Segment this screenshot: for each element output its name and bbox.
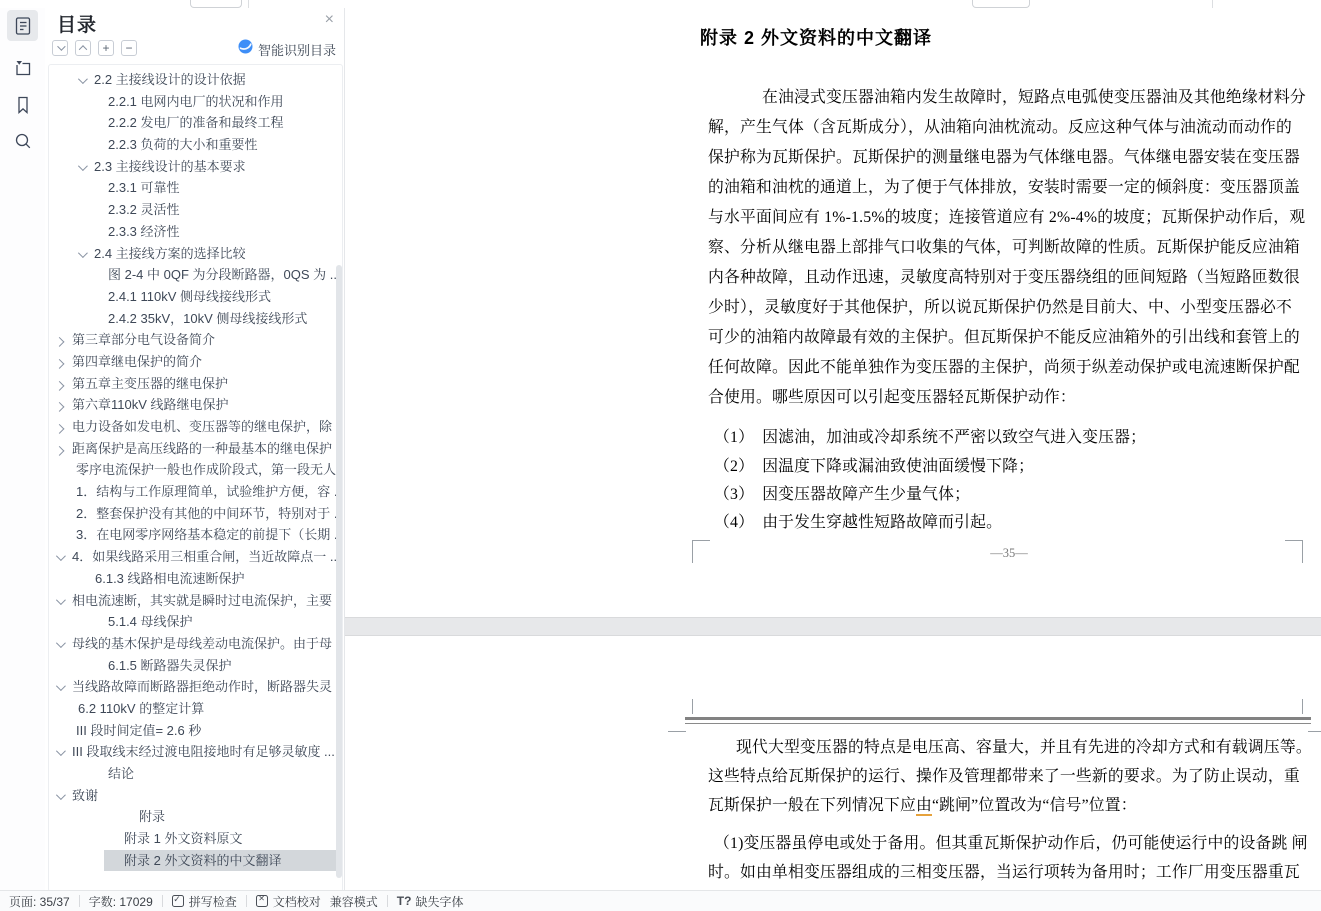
page-separator [345, 617, 1321, 636]
toc-item-label: 第五章主变压器的继电保护 [72, 376, 228, 391]
chevron-down-icon[interactable] [56, 746, 66, 756]
toc-item-label: 2.2.2 发电厂的准备和最终工程 [108, 115, 284, 130]
proofread-marked-text: 由 [916, 797, 932, 816]
doc-line: 瓦斯保护一般在下列情况下应由“跳闸”位置改为“信号”位置： [708, 792, 1314, 815]
toc-item-label: 电力设备如发电机、变压器等的继电保护，除 ... [72, 419, 342, 434]
toc-item[interactable]: 相电流速断，其实就是瞬时过电流保护，主要 ... [49, 590, 342, 612]
statusbar-divider [246, 895, 247, 907]
minus-icon: − [125, 42, 132, 54]
doc-line: 可少的油箱内故障最有效的主保护。但瓦斯保护不能反应油箱外的引出线和套管上的 [708, 324, 1314, 347]
toc-item[interactable]: 母线的基木保护是母线差动电流保护。由于母 ... [49, 633, 342, 655]
doc-line: （3） 因变压器故障产生少量气体； [708, 481, 1320, 504]
toc-item[interactable]: 2.2.1 电网内电厂的状况和作用 [49, 91, 342, 113]
text-boundary-mark [668, 731, 686, 732]
tab-separator [1212, 0, 1213, 8]
toc-item[interactable]: 5.1.4 母线保护 [49, 611, 342, 633]
doc-line: （1)变压器虽停电或处于备用。但其重瓦斯保护动作后，仍可能使运行中的设备跳 闸 [708, 830, 1320, 853]
statusbar-info[interactable]: 兼容模式 [330, 893, 378, 910]
doc-heading: 附录 2 外文资料的中文翻译 [700, 24, 932, 50]
doc-line: 在油浸式变压器油箱内发生故障时，短路点电弧使变压器油及其他绝缘材料分 [708, 84, 1321, 107]
toc-item[interactable]: 2.3.2 灵活性 [49, 199, 342, 221]
statusbar-label: 拼写检查 [189, 893, 237, 910]
text-boundary-mark [692, 699, 693, 714]
expand-all-button[interactable]: + [98, 40, 114, 56]
toc-item-label: 4．如果线路采用三相重合闸，当近故障点一 ... [72, 549, 341, 564]
toc-item-label: 2.3.3 经济性 [108, 224, 180, 239]
statusbar-label: 缺失字体 [415, 893, 463, 910]
toc-toolbar: + − 智能识别目录 [45, 40, 344, 58]
statusbar-info[interactable]: 页面: 35/37 [9, 893, 70, 910]
smart-toc-label: 智能识别目录 [258, 40, 336, 59]
pdf-reader-window: 目录 × + − 智能识别目录 2.2 主接线设计的设计依据2.2.1 电网内电… [0, 0, 1321, 911]
toc-item-label: 当线路故障而断路器拒绝动作时，断路器失灵 ... [72, 679, 342, 694]
doc-line: 的油箱和油枕的通道上，为了便于气体排放，安装时需要一定的倾斜度：变压器顶盖 [708, 174, 1314, 197]
window-top-strip [0, 0, 1321, 8]
toc-item-label: 第三章部分电气设备简介 [72, 332, 215, 347]
chevron-right-icon[interactable] [55, 424, 65, 434]
chevron-up-icon [79, 45, 87, 53]
toc-item-label: 附录 [139, 809, 165, 824]
toc-item[interactable]: 2.3 主接线设计的基本要求 [49, 156, 342, 178]
annotation-panel-button[interactable] [7, 52, 38, 83]
statusbar-label: 字数: 17029 [89, 893, 153, 910]
doc-line: 内各种故障，且动作迅速，灵敏度高特别对于变压器绕组的匝间短路（当短路匝数很 [708, 264, 1314, 287]
toc-item[interactable]: 2．整套保护没有其他的中间环节，特别对于 ... [49, 503, 342, 525]
spellcheck-icon [172, 895, 184, 907]
left-toolbar [0, 8, 45, 890]
statusbar-label: 文档校对 [273, 893, 321, 910]
toc-item[interactable]: 2.4.2 35kV，10kV 侧母线接线形式 [49, 308, 342, 330]
toc-item[interactable]: 零序电流保护一般也作成阶段式，第一段无人 ... [49, 459, 342, 481]
doc-text: 瓦斯保护一般在下列情况下应 [708, 797, 916, 814]
toc-tree: 2.2 主接线设计的设计依据2.2.1 电网内电厂的状况和作用2.2.2 发电厂… [48, 64, 343, 892]
doc-line: （1） 因滤油，加油或冷却系统不严密以致空气进入变压器； [708, 424, 1320, 447]
toc-item-label: 致谢 [72, 788, 98, 803]
outline-panel-button[interactable] [7, 10, 38, 41]
text-boundary-mark [1302, 699, 1303, 714]
statusbar-spellcheck[interactable]: 拼写检查 [172, 893, 237, 910]
doc-line: 现代大型变压器的特点是电压高、容量大，并且有先进的冷却方式和有载调压等。 [708, 734, 1321, 757]
toc-item-label: III 段取线末经过渡电阻接地时有足够灵敏度 ... [72, 744, 335, 759]
bookmark-panel-button[interactable] [7, 89, 38, 120]
missing-font-icon: T? [397, 894, 412, 908]
chevron-right-icon[interactable] [55, 446, 65, 456]
toc-item-label: 2.4.1 110kV 侧母线接线形式 [108, 289, 271, 304]
doc-line: 合使用。哪些原因可以引起变压器轻瓦斯保护动作： [708, 384, 1314, 407]
toc-item[interactable]: 第三章部分电气设备简介 [49, 329, 342, 351]
toc-item-label: 2.2.1 电网内电厂的状况和作用 [108, 94, 284, 109]
statusbar-divider [387, 895, 388, 907]
toc-item[interactable]: 3．在电网零序网络基本稳定的前提下（长期 ... [49, 524, 342, 546]
toc-item-label: 相电流速断，其实就是瞬时过电流保护，主要 ... [72, 593, 342, 608]
doc-line: 少时），灵敏度好于其他保护，所以说瓦斯保护仍然是目前大、中、小型变压器必不 [708, 294, 1314, 317]
doc-line: （2） 因温度下降或漏油致使油面缓慢下降； [708, 453, 1320, 476]
toc-item-label: 2.4.2 35kV，10kV 侧母线接线形式 [108, 311, 307, 326]
toc-item[interactable]: 当线路故障而断路器拒绝动作时，断路器失灵 ... [49, 676, 342, 698]
statusbar-label: 兼容模式 [330, 893, 378, 910]
doc-line: 察、分析从继电器上部排气口收集的气体，可判断故障的性质。瓦斯保护能反应油箱 [708, 234, 1314, 257]
outline-icon [13, 16, 33, 36]
toc-item-label: 2.2 主接线设计的设计依据 [94, 72, 246, 87]
toc-item[interactable]: III 段时间定值= 2.6 秒 [49, 720, 342, 742]
toc-item-label: 5.1.4 母线保护 [108, 614, 193, 629]
search-panel-button[interactable] [7, 125, 38, 156]
chevron-right-icon[interactable] [55, 381, 65, 391]
toc-item[interactable]: 第四章继电保护的简介 [49, 351, 342, 373]
toc-item-label: 6.1.3 线路相电流速断保护 [95, 571, 245, 586]
header-rule [685, 717, 1311, 724]
toc-item[interactable]: 6.1.5 断路器失灵保护 [49, 655, 342, 677]
toc-item-label: 3．在电网零序网络基本稳定的前提下（长期 ... [76, 527, 342, 542]
tab-separator [248, 0, 249, 8]
statusbar-divider [79, 895, 80, 907]
collapse-all-button[interactable]: − [121, 40, 137, 56]
toc-item-label: 附录 1 外文资料原文 [124, 831, 242, 846]
toc-item[interactable]: 2.3.1 可靠性 [49, 177, 342, 199]
toc-item-label: 6.2 110kV 的整定计算 [78, 701, 204, 716]
toc-item[interactable]: 第六章110kV 线路继电保护 [49, 394, 342, 416]
tab-edge [190, 0, 242, 8]
toc-item[interactable]: 2.2.3 负荷的大小和重要性 [49, 134, 342, 156]
chevron-right-icon[interactable] [55, 337, 65, 347]
toc-item-label: 2.3 主接线设计的基本要求 [94, 159, 246, 174]
doc-text: “跳闸”位置改为“信号”位置： [932, 797, 1137, 814]
toc-scrollbar-thumb[interactable] [336, 265, 342, 878]
statusbar-missing-font[interactable]: T?缺失字体 [397, 893, 464, 910]
toc-item[interactable]: 致谢 [49, 785, 342, 807]
toc-item[interactable]: 结论 [49, 763, 342, 785]
toc-item-label: 结论 [108, 766, 134, 781]
chevron-down-icon [57, 42, 65, 50]
toc-item-label: 2.3.2 灵活性 [108, 202, 180, 217]
bookmark-icon [13, 95, 33, 115]
toc-item-label: 母线的基木保护是母线差动电流保护。由于母 ... [72, 636, 342, 651]
page-number: —35— [708, 546, 1310, 561]
toc-item[interactable]: 图 2-4 中 0QF 为分段断路器，0QS 为 ... [49, 264, 342, 286]
toc-item-label: 2.4 主接线方案的选择比较 [94, 246, 246, 261]
chevron-down-icon[interactable] [78, 248, 88, 258]
toc-item[interactable]: 6.1.3 线路相电流速断保护 [49, 568, 342, 590]
toc-item[interactable]: 附录 1 外文资料原文 [49, 828, 342, 850]
toc-item[interactable]: 附录 [49, 806, 342, 828]
toc-item-label: 2．整套保护没有其他的中间环节，特别对于 ... [76, 506, 342, 521]
status-bar: 页面: 35/37字数: 17029拼写检查文档校对兼容模式T?缺失字体 [0, 890, 1321, 911]
toc-item-label: 6.1.5 断路器失灵保护 [108, 658, 232, 673]
doc-line: 时。如由单相变压器组成的三相变压器，当运行项转为备用时；工作厂用变压器重瓦 [708, 859, 1314, 882]
statusbar-label: 页面: 35/37 [9, 893, 70, 910]
statusbar-divider [162, 895, 163, 907]
toc-item[interactable]: III 段取线末经过渡电阻接地时有足够灵敏度 ... [49, 741, 342, 763]
toc-item-label: 第六章110kV 线路继电保护 [72, 397, 229, 412]
chevron-down-icon[interactable] [56, 790, 66, 800]
toc-item[interactable]: 4．如果线路采用三相重合闸，当近故障点一 ... [49, 546, 342, 568]
toc-item-label: 零序电流保护一般也作成阶段式，第一段无人 ... [76, 462, 342, 477]
toc-panel: 目录 × + − 智能识别目录 2.2 主接线设计的设计依据2.2.1 电网内电… [45, 0, 345, 890]
close-icon[interactable]: × [325, 12, 334, 28]
collapse-up-button[interactable] [75, 40, 91, 56]
toc-item[interactable]: 第五章主变压器的继电保护 [49, 373, 342, 395]
search-icon [13, 131, 33, 151]
doc-line: 这些特点给瓦斯保护的运行、操作及管理都带来了一些新的要求。为了防止误动，重 [708, 763, 1314, 786]
toc-item[interactable]: 2.4 主接线方案的选择比较 [49, 243, 342, 265]
chevron-down-icon[interactable] [78, 74, 88, 84]
toc-item-label: 2.3.1 可靠性 [108, 180, 180, 195]
smart-toc-button[interactable]: 智能识别目录 [238, 40, 336, 58]
chevron-down-icon[interactable] [56, 551, 66, 561]
toc-item-label: 距离保护是高压线路的一种最基本的继电保护 ... [72, 441, 342, 456]
proofread-icon [256, 895, 268, 907]
toc-item[interactable]: 2.4.1 110kV 侧母线接线形式 [49, 286, 342, 308]
doc-line: 解，产生气体（含瓦斯成分），从油箱向油枕流动。反应这种气体与油流动而动作的 [708, 114, 1314, 137]
plus-icon: + [102, 42, 109, 54]
doc-line: （4） 由于发生穿越性短路故障而引起。 [708, 509, 1320, 532]
chevron-down-icon[interactable] [56, 681, 66, 691]
statusbar-info[interactable]: 字数: 17029 [89, 893, 153, 910]
chevron-down-icon[interactable] [56, 595, 66, 605]
doc-line: 保护称为瓦斯保护。瓦斯保护的测量继电器为气体继电器。气体继电器安装在变压器 [708, 144, 1314, 167]
text-boundary-mark [1308, 731, 1321, 732]
toc-item[interactable]: 2.3.3 经济性 [49, 221, 342, 243]
chevron-down-icon[interactable] [56, 638, 66, 648]
toc-panel-title: 目录 [57, 10, 97, 37]
toc-item-label: 1．结构与工作原理简单，试验维护方便，容 ... [76, 484, 342, 499]
toc-item-label: 图 2-4 中 0QF 为分段断路器，0QS 为 ... [108, 267, 341, 282]
statusbar-proofread[interactable]: 文档校对 [256, 893, 321, 910]
chevron-right-icon[interactable] [55, 402, 65, 412]
doc-line: 任何故障。因此不能单独作为变压器的主保护，尚须于纵差动保护或电流速断保护配 [708, 354, 1314, 377]
toc-item[interactable]: 6.2 110kV 的整定计算 [49, 698, 342, 720]
doc-line: 与水平面间应有 1%-1.5%的坡度；连接管道应有 2%-4%的坡度；瓦斯保护动… [708, 204, 1314, 227]
toc-item-label: III 段时间定值= 2.6 秒 [76, 723, 201, 738]
chevron-down-icon[interactable] [78, 161, 88, 171]
chevron-right-icon[interactable] [55, 359, 65, 369]
toc-item[interactable]: 电力设备如发电机、变压器等的继电保护，除 ... [49, 416, 342, 438]
toc-item-label: 附录 2 外文资料的中文翻译 [124, 853, 281, 868]
tab-edge [972, 0, 1030, 8]
toc-item-label: 第四章继电保护的简介 [72, 354, 202, 369]
ai-sphere-icon [238, 39, 253, 59]
toc-item-label: 2.2.3 负荷的大小和重要性 [108, 137, 258, 152]
annotation-icon [13, 58, 33, 78]
toc-item[interactable]: 距离保护是高压线路的一种最基本的继电保护 ... [49, 438, 342, 460]
toc-item[interactable]: 2.2 主接线设计的设计依据 [49, 69, 342, 91]
document-viewport[interactable]: 附录 2 外文资料的中文翻译 在油浸式变压器油箱内发生故障时，短路点电弧使变压器… [345, 0, 1321, 890]
toc-item[interactable]: 2.2.2 发电厂的准备和最终工程 [49, 112, 342, 134]
toc-item[interactable]: 1．结构与工作原理简单，试验维护方便，容 ... [49, 481, 342, 503]
toc-item[interactable]: 附录 2 外文资料的中文翻译 [104, 850, 342, 872]
expand-down-button[interactable] [52, 40, 68, 56]
